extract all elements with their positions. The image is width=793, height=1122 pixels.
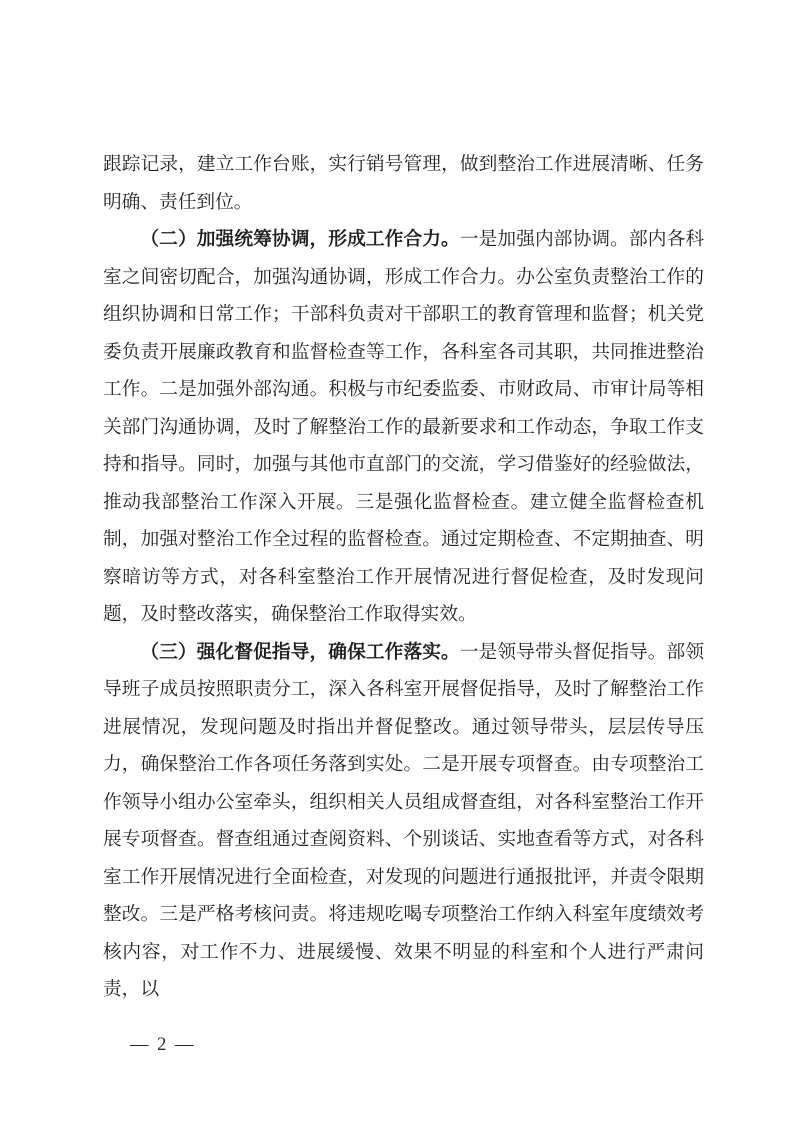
paragraph-text: 一是加强内部协调。部内各科室之间密切配合，加强沟通协调，形成工作合力。办公室负责… <box>103 229 704 625</box>
document-page: 跟踪记录，建立工作台账，实行销号管理，做到整治工作进展清晰、任务明确、责任到位。… <box>0 0 793 1122</box>
section-2-heading: （二）加强统筹协调，形成工作合力。 <box>140 229 459 250</box>
paragraph-text: 一是领导带头督促指导。部领导班子成员按照职责分工，深入各科室开展督促指导，及时了… <box>103 642 704 1001</box>
paragraph-section-3: （三）强化督促指导，确保工作落实。一是领导带头督促指导。部领导班子成员按照职责分… <box>103 634 704 1009</box>
section-3-heading: （三）强化督促指导，确保工作落实。 <box>140 642 459 663</box>
page-number: — 2 — <box>130 1033 196 1057</box>
paragraph-continuation: 跟踪记录，建立工作台账，实行销号管理，做到整治工作进展清晰、任务明确、责任到位。 <box>103 146 704 221</box>
document-body: 跟踪记录，建立工作台账，实行销号管理，做到整治工作进展清晰、任务明确、责任到位。… <box>103 146 704 1009</box>
paragraph-section-2: （二）加强统筹协调，形成工作合力。一是加强内部协调。部内各科室之间密切配合，加强… <box>103 221 704 634</box>
paragraph-text: 跟踪记录，建立工作台账，实行销号管理，做到整治工作进展清晰、任务明确、责任到位。 <box>103 154 704 213</box>
